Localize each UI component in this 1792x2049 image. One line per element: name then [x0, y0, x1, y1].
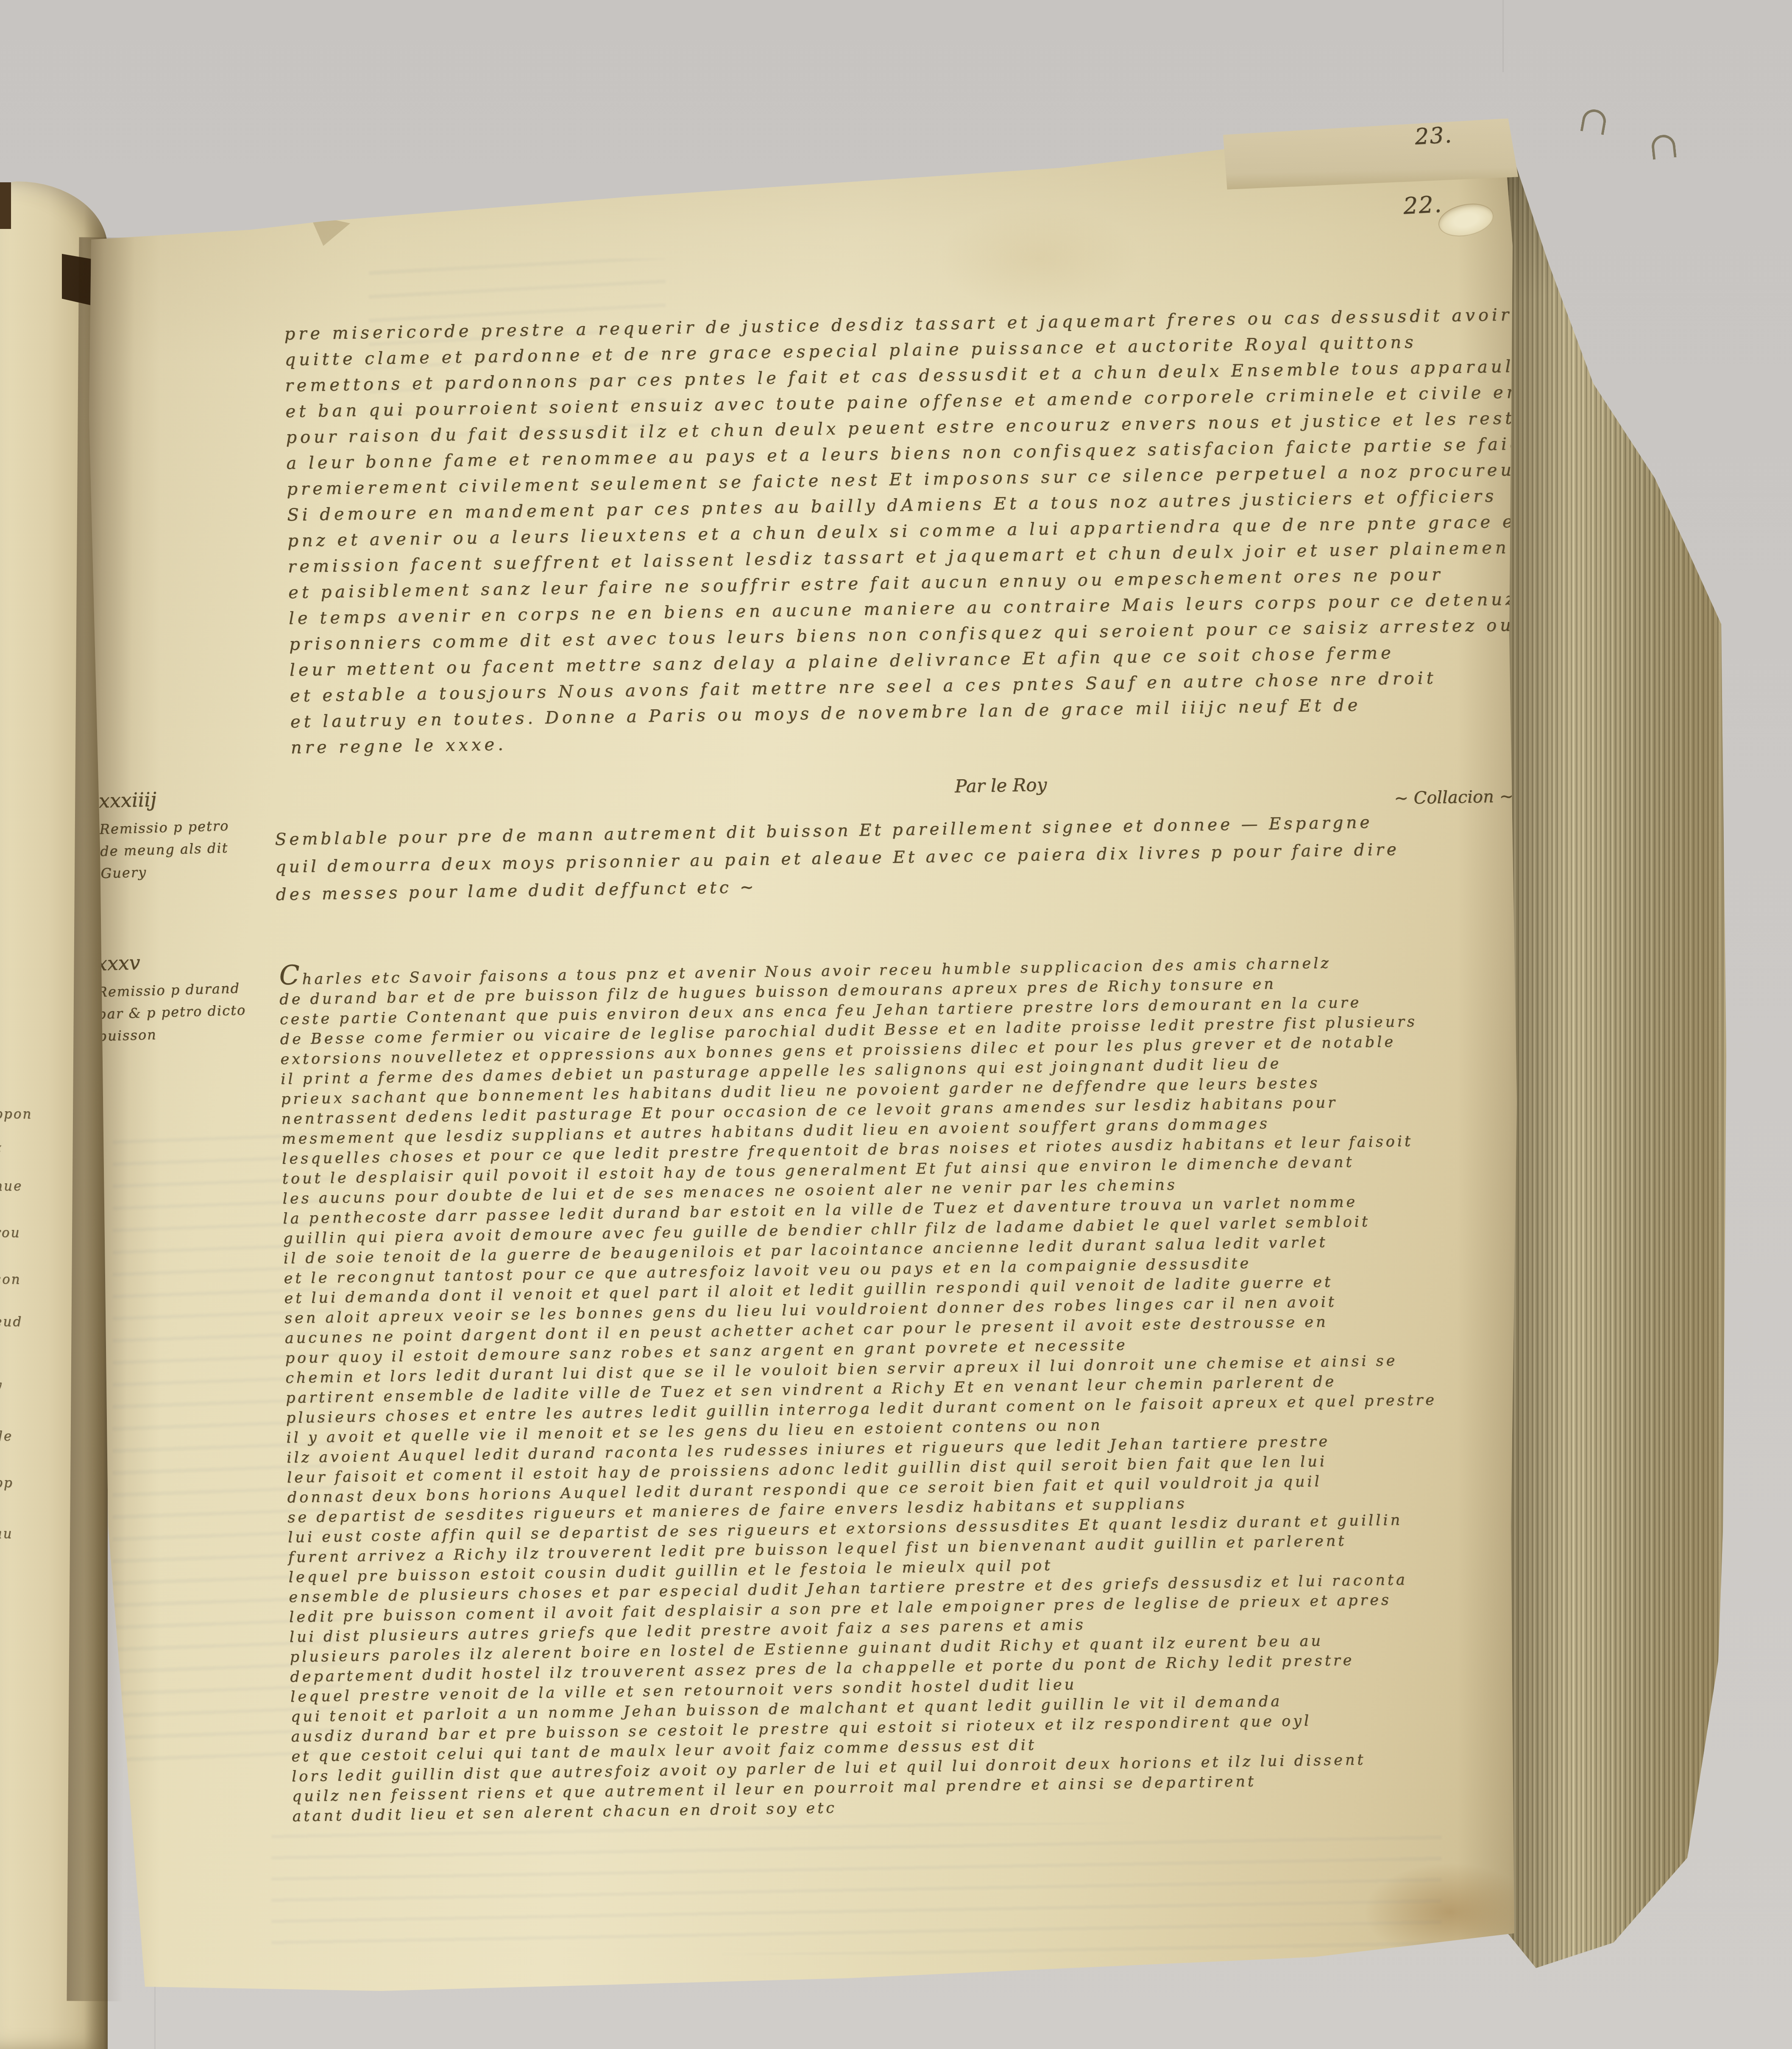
handwriting-fragment: y — [0, 1378, 3, 1393]
handwriting-fragment: rou — [0, 1225, 20, 1241]
gutter-shadow — [67, 237, 135, 2002]
collation-note: ~ Collacion ~ — [1191, 786, 1514, 811]
handwriting-fragment: au — [0, 1526, 13, 1542]
parchment-tab — [1580, 108, 1608, 135]
ink-bleed-through — [271, 1823, 1441, 1954]
handwriting-fragment: de — [0, 1429, 13, 1444]
handwriting-fragment: eud — [0, 1314, 22, 1330]
handwriting-fragment: pp — [0, 1475, 14, 1491]
entry-3-text: Charles etc Savoir faisons a tous pnz et… — [279, 949, 1443, 1826]
fore-edge-page-stack — [1504, 124, 1731, 1989]
manuscript-photo: pponznuerousoneudydeppau 22. pre miseric… — [0, 0, 1792, 2049]
entry-1-text: pre misericorde prestre a requerir de ju… — [284, 300, 1650, 761]
manuscript-page: 22. pre misericorde prestre a requerir d… — [72, 119, 1530, 2001]
handwriting-fragment: z — [0, 1140, 2, 1156]
parchment-flaw — [1435, 199, 1497, 241]
handwriting-fragment: ppon — [0, 1107, 32, 1122]
handwriting-fragment: nue — [0, 1179, 22, 1194]
handwriting-fragment: son — [0, 1272, 21, 1287]
parchment-tab — [1650, 134, 1677, 160]
background-seam — [1502, 0, 1504, 72]
entry-2-text: Semblable pour pre de mann autrement dit… — [275, 808, 1400, 909]
royal-subscription: Par le Roy — [955, 774, 1047, 797]
folio-number-behind: 23. — [1414, 122, 1453, 150]
fold-mark — [309, 215, 350, 246]
binding-edge — [0, 182, 11, 229]
folio-number-current: 22. — [1402, 191, 1443, 220]
